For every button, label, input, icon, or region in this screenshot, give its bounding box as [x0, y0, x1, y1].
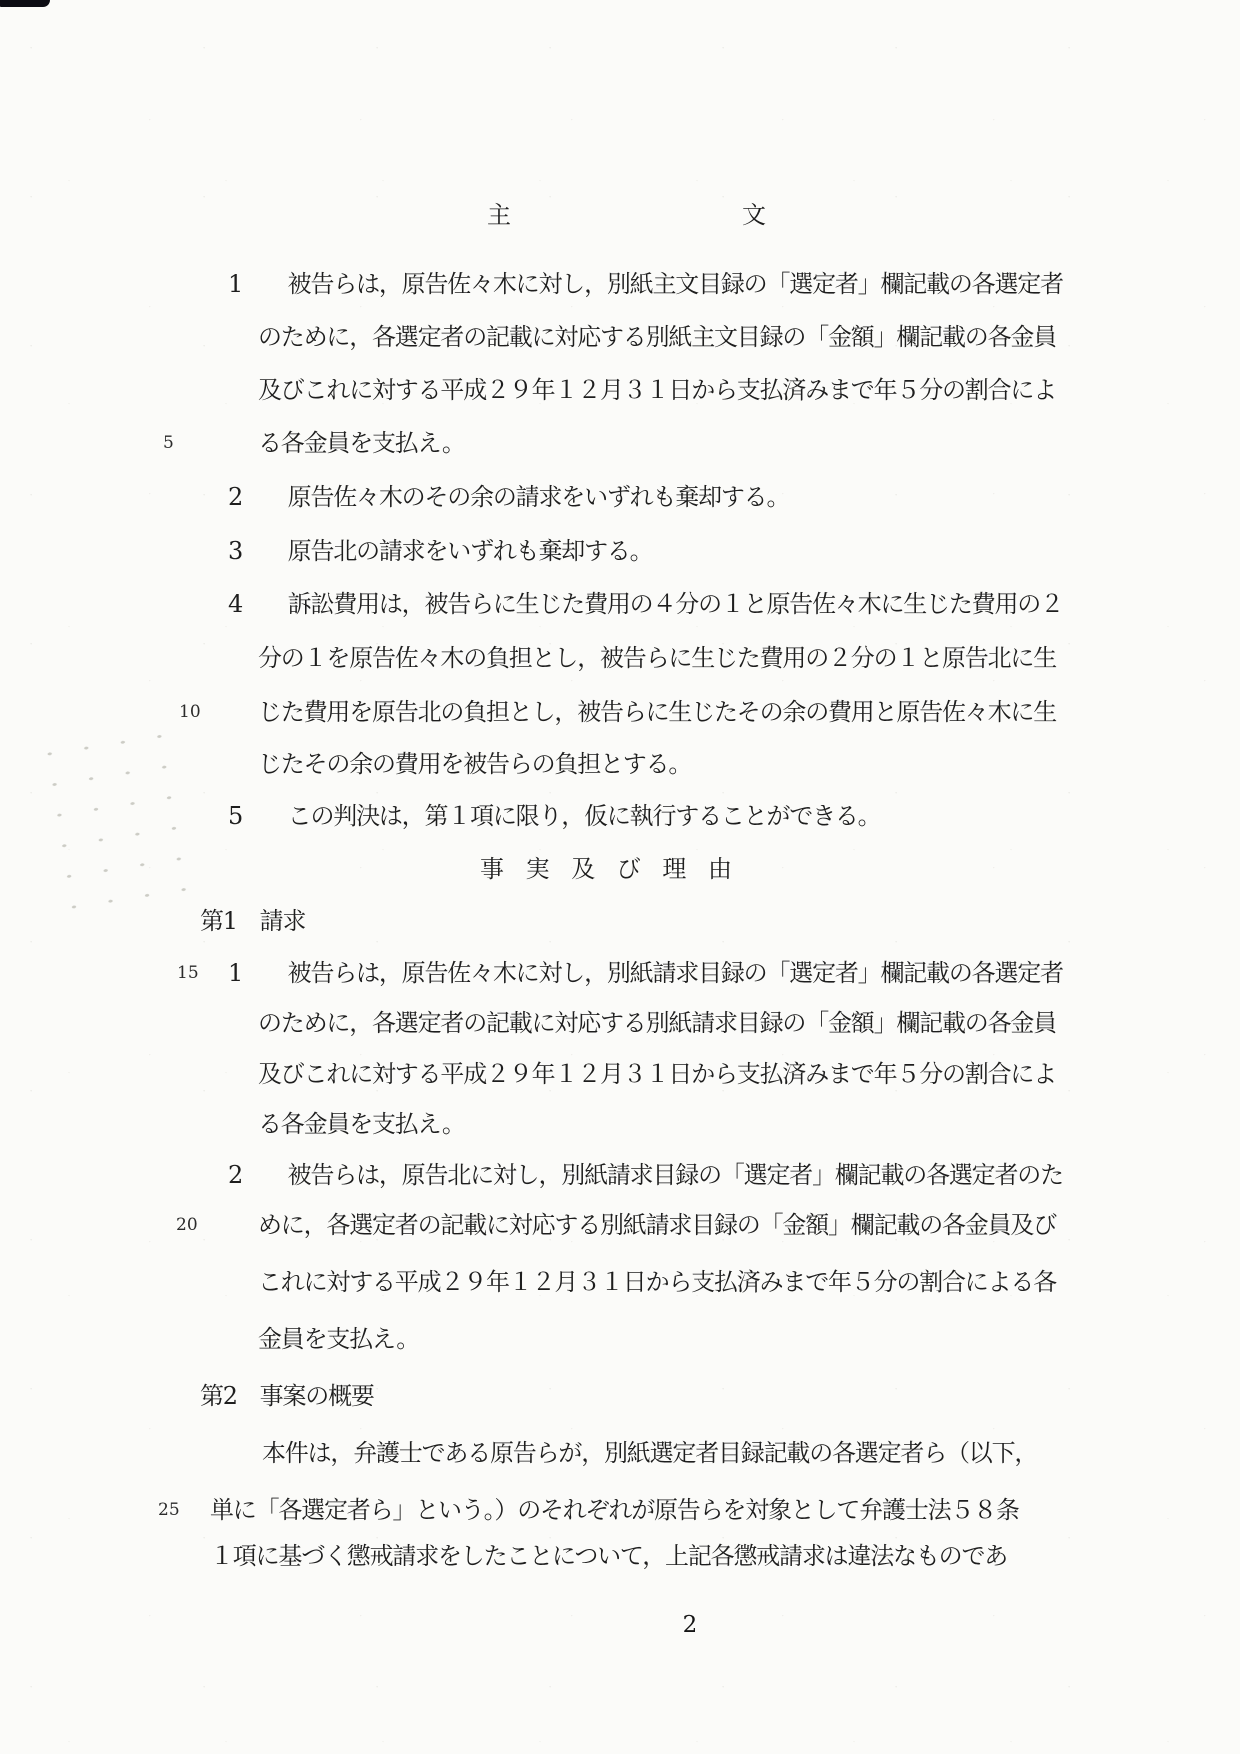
text-line: 分の１を原告佐々木の負担とし，被告らに生じた費用の２分の１と原告北に生: [258, 641, 1056, 675]
text-line: じたその余の費用を被告らの負担とする。: [258, 747, 691, 781]
text-line: 主: [487, 198, 510, 232]
text-line: 1 被告らは，原告佐々木に対し，別紙主文目録の「選定者」欄記載の各選定者: [228, 267, 1063, 301]
text-line: る各金員を支払え。: [258, 1107, 465, 1141]
margin-line-number: 5: [163, 432, 174, 454]
text-line: 単に「各選定者ら」という。）のそれぞれが原告らを対象として弁護士法５８条: [210, 1493, 1019, 1527]
document-page: 主文1 被告らは，原告佐々木に対し，別紙主文目録の「選定者」欄記載の各選定者のた…: [0, 0, 1240, 1754]
text-line: 2 被告らは，原告北に対し，別紙請求目録の「選定者」欄記載の各選定者のた: [228, 1158, 1063, 1192]
text-line: 及びこれに対する平成２９年１２月３１日から支払済みまで年５分の割合によ: [258, 373, 1056, 407]
text-line: 1 被告らは，原告佐々木に対し，別紙請求目録の「選定者」欄記載の各選定者: [228, 956, 1063, 990]
text-line: 及びこれに対する平成２９年１２月３１日から支払済みまで年５分の割合によ: [258, 1057, 1056, 1091]
scan-artifact-dots: [29, 717, 213, 918]
text-line: 第2 事案の概要: [200, 1379, 374, 1413]
scan-artifact-corner: [0, 0, 50, 7]
margin-line-number: 15: [177, 962, 199, 984]
text-line: めに，各選定者の記載に対応する別紙請求目録の「金額」欄記載の各金員及び: [258, 1208, 1056, 1242]
text-line: 文: [742, 198, 765, 232]
text-line: のために，各選定者の記載に対応する別紙請求目録の「金額」欄記載の各金員: [258, 1006, 1056, 1040]
text-line: これに対する平成２９年１２月３１日から支払済みまで年５分の割合による各: [258, 1265, 1056, 1299]
text-line: 3 原告北の請求をいずれも棄却する。: [228, 534, 652, 568]
page-number: 2: [678, 1612, 702, 1638]
text-line: 5 この判決は，第１項に限り，仮に執行することができる。: [228, 799, 880, 833]
text-line: 第1 請求: [200, 904, 305, 938]
margin-line-number: 10: [179, 701, 201, 723]
margin-line-number: 25: [158, 1499, 180, 1521]
margin-line-number: 20: [176, 1214, 198, 1236]
text-line: じた費用を原告北の負担とし，被告らに生じたその余の費用と原告佐々木に生: [258, 695, 1056, 729]
text-line: 本件は，弁護士である原告らが，別紙選定者目録記載の各選定者ら（以下，: [262, 1436, 1037, 1470]
text-line: る各金員を支払え。: [258, 426, 465, 460]
text-line: 2 原告佐々木のその余の請求をいずれも棄却する。: [228, 480, 789, 514]
text-line: のために，各選定者の記載に対応する別紙主文目録の「金額」欄記載の各金員: [258, 320, 1056, 354]
text-line: 金員を支払え。: [258, 1322, 419, 1356]
text-line: 事 実 及 び 理 由: [480, 852, 731, 886]
text-line: 4 訴訟費用は，被告らに生じた費用の４分の１と原告佐々木に生じた費用の２: [228, 587, 1063, 621]
text-line: １項に基づく懲戒請求をしたことについて，上記各懲戒請求は違法なものであ: [210, 1539, 1007, 1573]
